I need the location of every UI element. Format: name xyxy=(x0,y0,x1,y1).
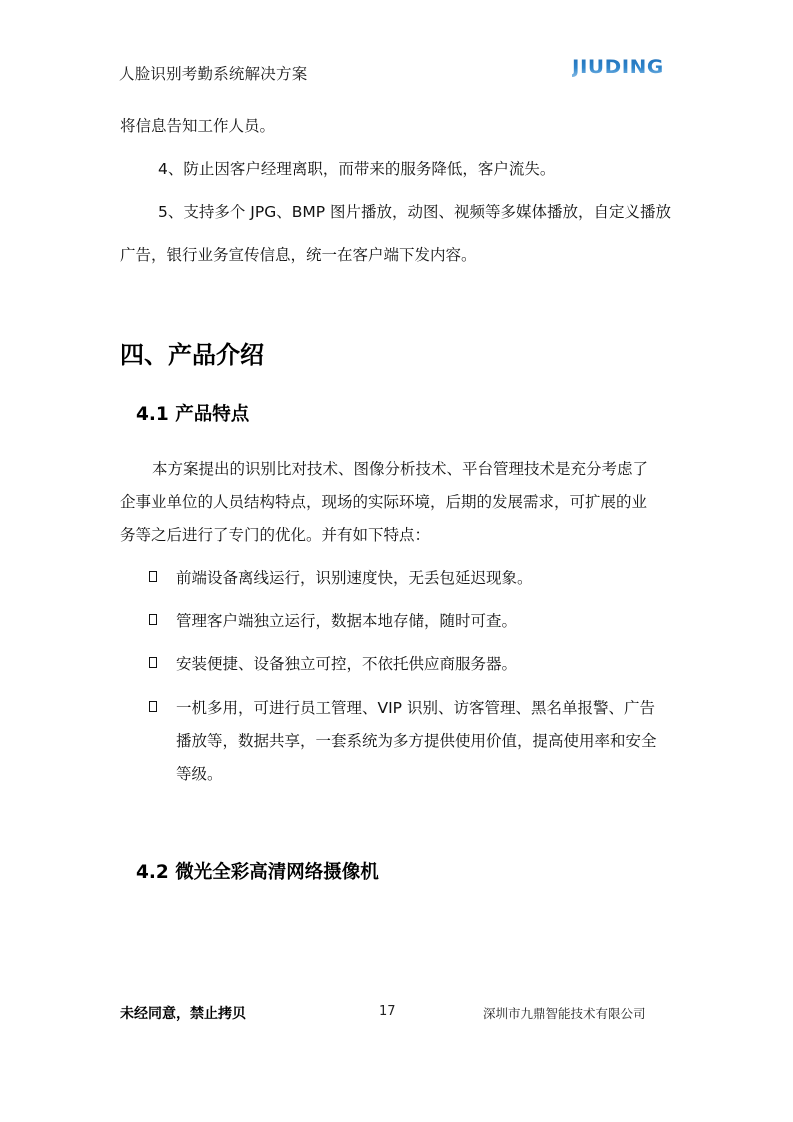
feature-item: 前端设备离线运行，识别速度快，无丢包延迟现象。 xyxy=(176,566,533,588)
feature-item-line1: 一机多用，可进行员工管理、VIP 识别、访客管理、黑名单报警、广告 xyxy=(176,696,655,718)
feature-item: 安装便捷、设备独立可控，不依托供应商服务器。 xyxy=(176,652,517,674)
bullet-square-icon xyxy=(149,701,157,712)
feature-item-line3: 等级。 xyxy=(176,762,223,784)
feature-item-line2: 播放等，数据共享，一套系统为多方提供使用价值，提高使用率和安全 xyxy=(176,729,657,751)
company-name: 深圳市九鼎智能技术有限公司 xyxy=(483,1004,646,1022)
company-logo: JIUDING xyxy=(572,56,664,78)
subsection-heading-4-1: 4.1 产品特点 xyxy=(136,400,249,426)
feature-item: 管理客户端独立运行，数据本地存储，随时可查。 xyxy=(176,609,517,631)
document-title: 人脸识别考勤系统解决方案 xyxy=(119,62,307,84)
bullet-square-icon xyxy=(149,657,157,668)
section-heading: 四、产品介绍 xyxy=(120,335,264,370)
bullet-square-icon xyxy=(149,614,157,625)
continued-paragraph: 将信息告知工作人员。 xyxy=(120,114,275,136)
intro-paragraph-line2: 企事业单位的人员结构特点，现场的实际环境，后期的发展需求，可扩展的业 xyxy=(120,490,647,512)
numbered-item-4: 4、防止因客户经理离职，而带来的服务降低，客户流失。 xyxy=(158,157,555,179)
bullet-square-icon xyxy=(149,571,157,582)
numbered-item-5-line1: 5、支持多个 JPG、BMP 图片播放，动图、视频等多媒体播放，自定义播放 xyxy=(158,200,671,222)
subsection-heading-4-2: 4.2 微光全彩高清网络摄像机 xyxy=(136,858,379,884)
intro-paragraph-line1: 本方案提出的识别比对技术、图像分析技术、平台管理技术是充分考虑了 xyxy=(152,457,648,479)
numbered-item-5-line2: 广告，银行业务宣传信息，统一在客户端下发内容。 xyxy=(120,243,477,265)
intro-paragraph-line3: 务等之后进行了专门的优化。并有如下特点： xyxy=(120,523,430,545)
page-number: 17 xyxy=(379,1004,396,1019)
copy-notice: 未经同意，禁止拷贝 xyxy=(120,1003,246,1023)
